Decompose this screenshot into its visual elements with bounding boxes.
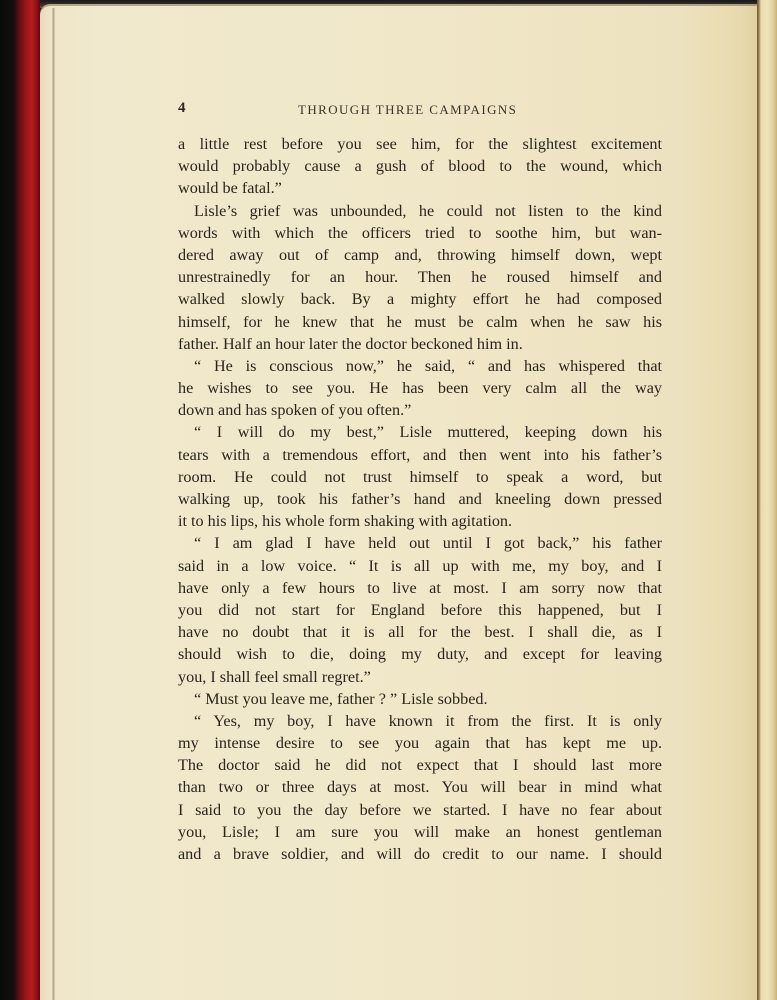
text-line: you, Lisle; I am sure you will make an h… bbox=[178, 821, 662, 843]
text-line: I said to you the day before we started.… bbox=[178, 799, 662, 821]
text-line: you, I shall feel small regret.” bbox=[178, 666, 662, 688]
text-line: dered away out of camp and, throwing him… bbox=[178, 244, 662, 266]
text-line: a little rest before you see him, for th… bbox=[178, 133, 662, 155]
text-line: walked slowly back. By a mighty effort h… bbox=[178, 288, 662, 310]
text-line: should wish to die, doing my duty, and e… bbox=[178, 643, 662, 665]
text-line: would be fatal.” bbox=[178, 177, 662, 199]
page-gutter-fold bbox=[52, 8, 55, 1000]
page-stack-edge bbox=[757, 0, 777, 1000]
text-line: walking up, took his father’s hand and k… bbox=[178, 488, 662, 510]
text-line: himself, for he knew that he must be cal… bbox=[178, 311, 662, 333]
text-line: down and has spoken of you often.” bbox=[178, 399, 662, 421]
text-line: unrestrainedly for an hour. Then he rous… bbox=[178, 266, 662, 288]
text-line: my intense desire to see you again that … bbox=[178, 732, 662, 754]
book-cover-edge bbox=[0, 0, 42, 1000]
text-line: have only a few hours to live at most. I… bbox=[178, 577, 662, 599]
text-line: Lisle’s grief was unbounded, he could no… bbox=[178, 200, 662, 222]
text-line: would probably cause a gush of blood to … bbox=[178, 155, 662, 177]
page-number: 4 bbox=[178, 100, 186, 117]
text-line: you did not start for England before thi… bbox=[178, 599, 662, 621]
text-line: “ Yes, my boy, I have known it from the … bbox=[178, 710, 662, 732]
text-line: and a brave soldier, and will do credit … bbox=[178, 843, 662, 865]
text-line: tears with a tremendous effort, and then… bbox=[178, 444, 662, 466]
text-line: it to his lips, his whole form shaking w… bbox=[178, 510, 662, 532]
text-line: said in a low voice. “ It is all up with… bbox=[178, 555, 662, 577]
text-line: “ He is conscious now,” he said, “ and h… bbox=[178, 355, 662, 377]
text-line: than two or three days at most. You will… bbox=[178, 776, 662, 798]
text-line: “ Must you leave me, father ? ” Lisle so… bbox=[178, 688, 662, 710]
text-line: he wishes to see you. He has been very c… bbox=[178, 377, 662, 399]
page-header: 4 THROUGH THREE CAMPAIGNS bbox=[178, 100, 662, 120]
text-line: room. He could not trust himself to spea… bbox=[178, 466, 662, 488]
text-line: “ I will do my best,” Lisle muttered, ke… bbox=[178, 421, 662, 443]
text-line: The doctor said he did not expect that I… bbox=[178, 754, 662, 776]
text-line: words with which the officers tried to s… bbox=[178, 222, 662, 244]
body-text: a little rest before you see him, for th… bbox=[178, 133, 662, 865]
text-line: father. Half an hour later the doctor be… bbox=[178, 333, 662, 355]
running-head: THROUGH THREE CAMPAIGNS bbox=[298, 102, 517, 118]
text-line: have no doubt that it is all for the bes… bbox=[178, 621, 662, 643]
text-line: “ I am glad I have held out until I got … bbox=[178, 532, 662, 554]
